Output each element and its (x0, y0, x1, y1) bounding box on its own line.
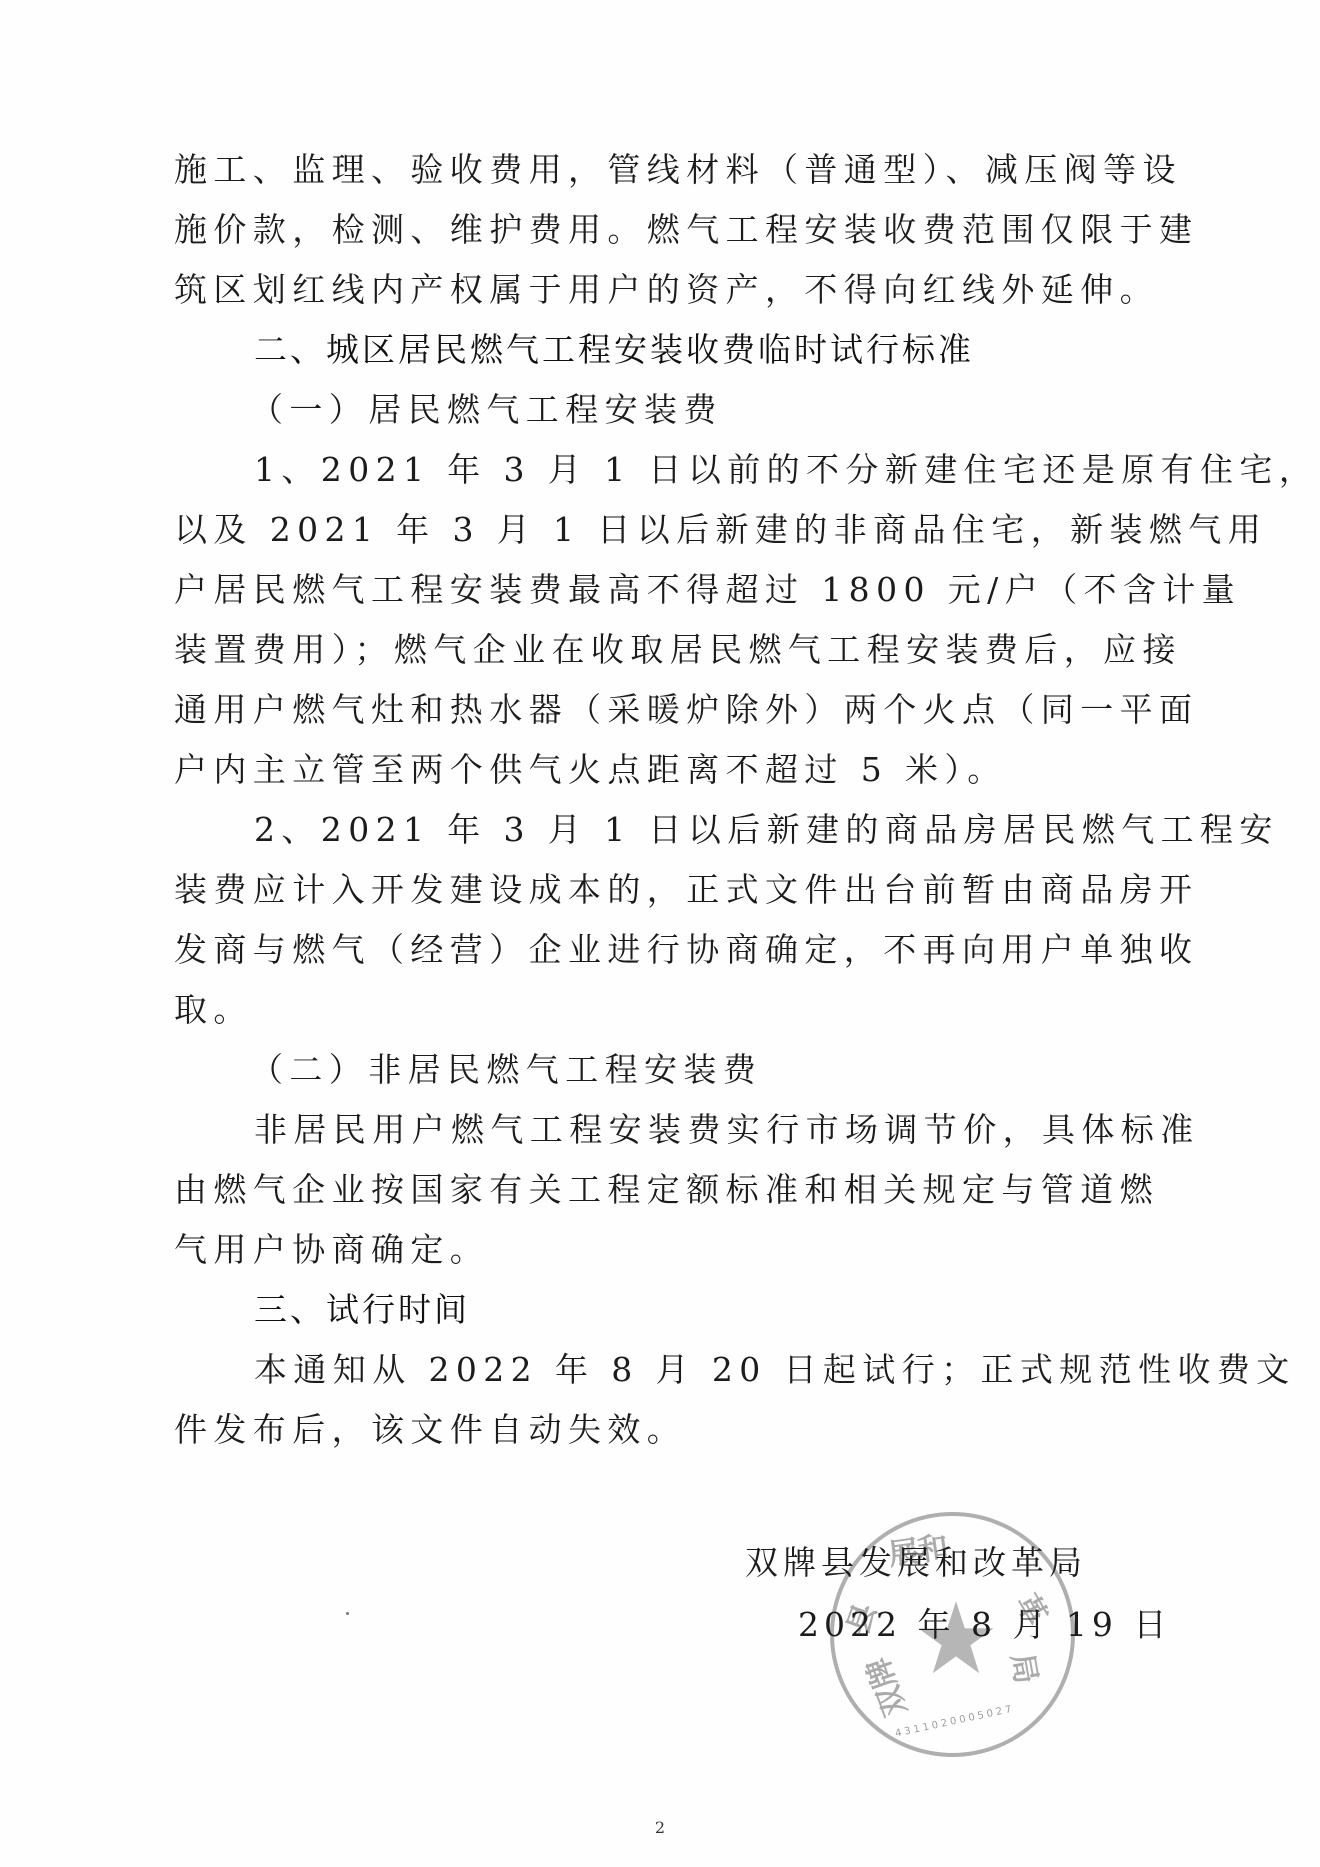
issuer-name: 双牌县发展和改革局 (745, 1543, 1087, 1583)
document-page: 施工、监理、验收费用，管线材料（普通型）、减压阀等设 施价款，检测、维护费用。燃… (0, 0, 1320, 1867)
subsection-heading-1: （一）居民燃气工程安装费 (250, 390, 1170, 430)
body-text-line: 本通知从 2022 年 8 月 20 日起试行；正式规范性收费文 (254, 1350, 1174, 1390)
subsection-heading-2: （二）非居民燃气工程安装费 (250, 1050, 1170, 1090)
body-text-line: 通用户燃气灶和热水器（采暖炉除外）两个火点（同一平面 (174, 690, 1094, 730)
body-text-line: 以及 2021 年 3 月 1 日以后新建的非商品住宅，新装燃气用 (174, 510, 1094, 550)
body-text-line: 1、2021 年 3 月 1 日以前的不分新建住宅还是原有住宅， (254, 450, 1174, 490)
page-number: 2 (0, 1818, 1320, 1837)
body-text-line: 非居民用户燃气工程安装费实行市场调节价，具体标准 (254, 1110, 1174, 1150)
body-text-line: 发商与燃气（经营）企业进行协商确定，不再向用户单独收 (174, 930, 1094, 970)
body-text-line: 施价款，检测、维护费用。燃气工程安装收费范围仅限于建 (174, 210, 1094, 250)
section-heading-2: 二、城区居民燃气工程安装收费临时试行标准 (254, 330, 1174, 370)
body-text-line: 2、2021 年 3 月 1 日以后新建的商品房居民燃气工程安 (254, 810, 1174, 850)
body-text-line: 施工、监理、验收费用，管线材料（普通型）、减压阀等设 (174, 150, 1094, 190)
body-text-line: 由燃气企业按国家有关工程定额标准和相关规定与管道燃 (174, 1170, 1094, 1210)
body-text-line: 户内主立管至两个供气火点距离不超过 5 米）。 (174, 750, 1094, 790)
body-text-line: 户居民燃气工程安装费最高不得超过 1800 元/户（不含计量 (174, 570, 1094, 610)
section-heading-3: 三、试行时间 (254, 1290, 1174, 1330)
body-text-line: 装费应计入开发建设成本的，正式文件出台前暂由商品房开 (174, 870, 1094, 910)
body-text-line: 件发布后，该文件自动失效。 (174, 1410, 1094, 1450)
issue-date: 2022 年 8 月 19 日 (798, 1605, 1171, 1645)
body-text-line: 装置费用）；燃气企业在收取居民燃气工程安装费后，应接 (174, 630, 1094, 670)
body-text-line: 取。 (174, 990, 1094, 1030)
body-text-line: 筑区划红线内产权属于用户的资产，不得向红线外延伸。 (174, 270, 1094, 310)
scan-speck (346, 1612, 349, 1615)
body-text-line: 气用户协商确定。 (174, 1230, 1094, 1270)
